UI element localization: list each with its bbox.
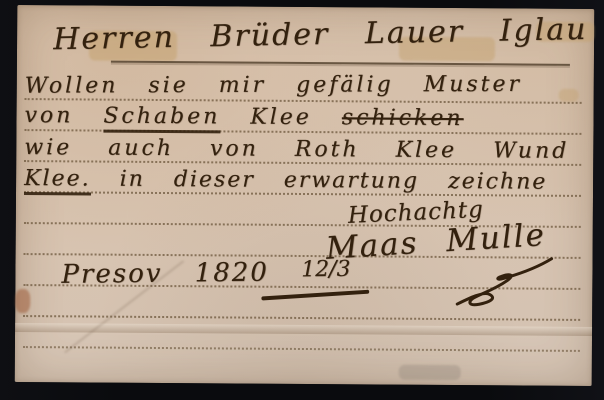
scan-background: Herren Brüder Lauer Iglau Wollen sie mir… (0, 0, 604, 400)
address-rule (111, 61, 570, 66)
address-text: Herren Brüder Lauer Iglau (53, 12, 588, 57)
body-text: Wollen sie mir gefälig Muster (25, 72, 522, 99)
body-line-2: von Schaben Klee schicken (24, 103, 463, 131)
postcard: Herren Brüder Lauer Iglau Wollen sie mir… (15, 5, 595, 386)
body-text: in dieser erwartung zeichne (91, 167, 548, 195)
body-text: von (24, 103, 103, 129)
underlined-word: Klee. (24, 166, 91, 195)
day-month-fraction: 12/3 (301, 257, 351, 283)
body-line-3: wie auch von Roth Klee Wund (24, 135, 569, 164)
address-line: Herren Brüder Lauer Iglau (53, 12, 588, 57)
dateline: Presov 1820 12/3 (61, 257, 350, 290)
tape-stain (559, 89, 579, 102)
overwritten-word: schicken (342, 105, 464, 131)
rust-stain (15, 289, 30, 313)
date-underline-stroke (261, 290, 369, 301)
place-year-text: Presov 1820 (61, 258, 269, 290)
body-text: Klee (220, 104, 342, 130)
signature-flourish-icon (439, 254, 564, 310)
fold-lower-panel (15, 332, 592, 386)
body-line-1: Wollen sie mir gefälig Muster (25, 72, 522, 99)
body-line-4: Klee. in dieser erwartung zeichne (24, 166, 547, 195)
body-text: wie auch von Roth Klee Wund (24, 135, 569, 164)
underlined-word: Schaben (103, 104, 220, 134)
